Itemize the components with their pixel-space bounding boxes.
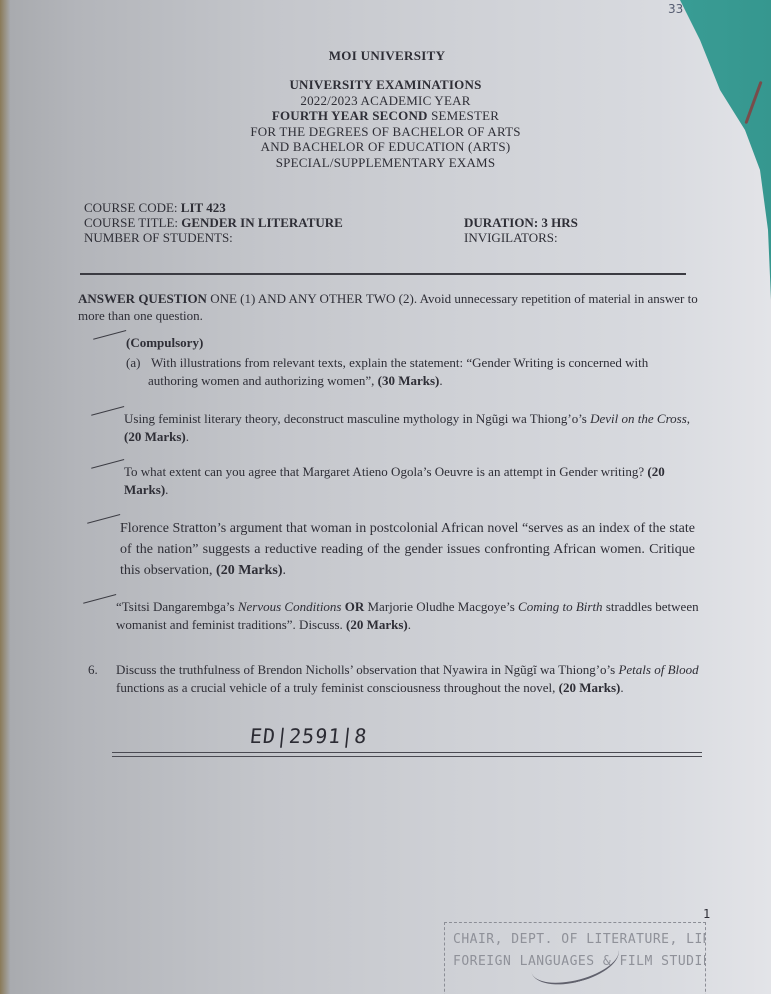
course-title-label: COURSE TITLE: (84, 215, 181, 230)
question-part-a: (a) With illustrations from relevant tex… (126, 354, 706, 390)
question-text: functions as a crucial vehicle of a trul… (116, 680, 559, 695)
handwritten-note: ED|2591|8 (249, 724, 369, 748)
university-name: MOI UNIVERSITY (3, 48, 771, 64)
course-meta: COURSE CODE: LIT 423 COURSE TITLE: GENDE… (84, 200, 644, 245)
instructions-bold: ANSWER QUESTION (78, 291, 207, 306)
question-marks: (20 Marks) (346, 617, 408, 632)
question-number: 6. (88, 661, 116, 679)
question-4: Florence Stratton’s argument that woman … (120, 518, 695, 581)
question-text: Discuss the truthfulness of Brendon Nich… (116, 662, 618, 677)
question-3: To what extent can you agree that Margar… (124, 463, 709, 499)
check-mark-icon (91, 406, 128, 431)
punctuation: . (283, 563, 287, 578)
number-of-students: NUMBER OF STUDENTS: (84, 230, 464, 245)
question-text: With illustrations from relevant texts, … (151, 355, 648, 370)
instructions: ANSWER QUESTION ONE (1) AND ANY OTHER TW… (78, 290, 698, 324)
exam-header-block: UNIVERSITY EXAMINATIONS 2022/2023 ACADEM… (0, 77, 771, 170)
duration: DURATION: 3 HRS (464, 215, 644, 230)
question-5: “Tsitsi Dangarembga’s Nervous Conditions… (116, 598, 701, 634)
question-2: Using feminist literary theory, deconstr… (124, 410, 709, 446)
header-line: UNIVERSITY EXAMINATIONS (0, 77, 771, 93)
meta-row: COURSE TITLE: GENDER IN LITERATURE DURAT… (84, 215, 644, 230)
book-title: Petals of Blood (618, 662, 698, 677)
question-6: 6. Discuss the truthfulness of Brendon N… (116, 661, 701, 697)
course-title-value: GENDER IN LITERATURE (181, 215, 343, 230)
corner-mark: 33 (668, 2, 683, 16)
course-code-label: COURSE CODE: (84, 200, 181, 215)
divider (80, 273, 686, 275)
or-keyword: OR (342, 599, 368, 614)
check-mark-icon (91, 459, 128, 484)
question-text-continued: authoring women and authorizing women”, (148, 373, 378, 388)
check-mark-icon (93, 330, 130, 355)
course-code: COURSE CODE: LIT 423 (84, 200, 464, 215)
divider (112, 756, 702, 757)
meta-row: NUMBER OF STUDENTS: INVIGILATORS: (84, 230, 644, 245)
check-mark-icon (87, 514, 124, 539)
header-line: 2022/2023 ACADEMIC YEAR (0, 93, 771, 109)
divider (112, 752, 702, 753)
check-mark-icon (83, 594, 120, 619)
question-text: To what extent can you agree that Margar… (124, 464, 647, 479)
invigilators: INVIGILATORS: (464, 230, 644, 245)
punctuation: . (186, 429, 189, 444)
question-text-cont: authoring women and authorizing women”, … (126, 372, 706, 390)
question-text: Florence Stratton’s argument that woman … (120, 521, 695, 578)
question-text: “Tsitsi Dangarembga’s (116, 599, 238, 614)
question-text: Using feminist literary theory, deconstr… (124, 411, 590, 426)
book-title: Coming to Birth (518, 599, 603, 614)
page-number: 1 (703, 907, 710, 921)
question-marks: (20 Marks) (124, 429, 186, 444)
book-title: Devil on the Cross (590, 411, 687, 426)
header-line: AND BACHELOR OF EDUCATION (ARTS) (0, 139, 771, 155)
header-line-regular: SEMESTER (428, 108, 500, 123)
punctuation: . (408, 617, 411, 632)
punctuation: . (439, 373, 442, 388)
header-line: SPECIAL/SUPPLEMENTARY EXAMS (0, 155, 771, 171)
question-1: (Compulsory) (a) With illustrations from… (126, 334, 706, 390)
question-marks: (20 Marks) (559, 680, 621, 695)
part-label: (a) (126, 354, 148, 372)
question-marks: (30 Marks) (378, 373, 440, 388)
meta-row: COURSE CODE: LIT 423 (84, 200, 644, 215)
question-marks: (20 Marks) (216, 563, 283, 578)
meta-spacer (464, 200, 644, 215)
exam-paper: 33 MOI UNIVERSITY UNIVERSITY EXAMINATION… (0, 0, 771, 994)
course-title: COURSE TITLE: GENDER IN LITERATURE (84, 215, 464, 230)
question-heading: (Compulsory) (126, 334, 706, 352)
punctuation: . (165, 482, 168, 497)
header-line-bold: FOURTH YEAR SECOND (272, 108, 428, 123)
header-line: FOURTH YEAR SECOND SEMESTER (0, 108, 771, 124)
question-text: Marjorie Oludhe Macgoye’s (368, 599, 519, 614)
exam-header: MOI UNIVERSITY UNIVERSITY EXAMINATIONS 2… (0, 48, 771, 170)
punctuation: . (620, 680, 623, 695)
header-line: FOR THE DEGREES OF BACHELOR OF ARTS (0, 124, 771, 140)
question-text: , (687, 411, 690, 426)
course-code-value: LIT 423 (181, 200, 226, 215)
book-title: Nervous Conditions (238, 599, 342, 614)
